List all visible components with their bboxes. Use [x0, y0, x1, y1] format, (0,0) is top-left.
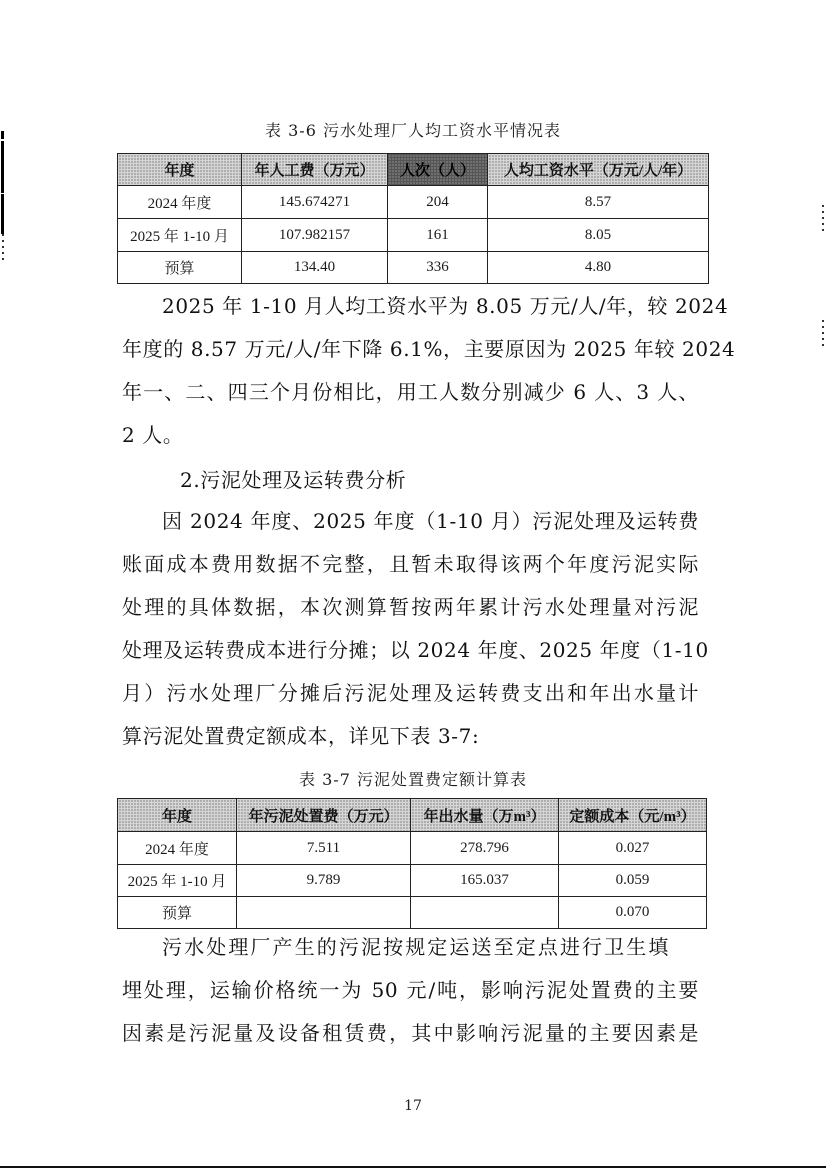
cell-headcount: 336 — [388, 252, 488, 284]
scan-artifact — [1, 141, 4, 193]
document-page: 表 3-6 污水处理厂人均工资水平情况表 年度 年人工费（万元） 人次（人） 人… — [0, 0, 826, 1169]
cell-water-output: 165.037 — [411, 865, 559, 897]
column-header-water-output: 年出水量（万m³） — [411, 799, 559, 832]
cell-labor-cost: 134.40 — [242, 252, 388, 284]
cell-avg-wage: 4.80 — [488, 252, 709, 284]
table-row: 2024 年度 145.674271 204 8.57 — [118, 186, 709, 219]
bottom-rule — [0, 1166, 826, 1168]
table-header-row: 年度 年人工费（万元） 人次（人） 人均工资水平（万元/人/年） — [118, 154, 709, 186]
text-line: 2 人。 — [122, 414, 699, 457]
column-header-year: 年度 — [118, 154, 242, 186]
cell-avg-wage: 8.57 — [488, 186, 709, 219]
cell-headcount: 204 — [388, 186, 488, 219]
table-row: 2024 年度 7.511 278.796 0.027 — [118, 832, 707, 865]
scan-artifact — [1, 194, 4, 234]
text-line: 处理及运转费成本进行分摊；以 2024 年度、2025 年度（1-10 — [122, 629, 699, 672]
text-line: 因 2024 年度、2025 年度（1-10 月）污泥处理及运转费 — [122, 500, 699, 543]
table-3-6: 年度 年人工费（万元） 人次（人） 人均工资水平（万元/人/年） 2024 年度… — [117, 153, 709, 284]
paragraph-sludge-factors: 污水处理厂产生的污泥按规定运送至定点进行卫生填 埋处理，运输价格统一为 50 元… — [122, 926, 699, 1055]
paragraph-sludge-analysis: 因 2024 年度、2025 年度（1-10 月）污泥处理及运转费 账面成本费用… — [122, 500, 699, 758]
text-line: 污水处理厂产生的污泥按规定运送至定点进行卫生填 — [122, 926, 699, 969]
column-header-quota-cost: 定额成本（元/m³） — [559, 799, 707, 832]
text-line: 2025 年 1-10 月人均工资水平为 8.05 万元/人/年，较 2024 — [122, 285, 699, 328]
table-3-6-caption: 表 3-6 污水处理厂人均工资水平情况表 — [0, 121, 826, 141]
cell-avg-wage: 8.05 — [488, 219, 709, 252]
column-header-year: 年度 — [118, 799, 237, 832]
table-3-7: 年度 年污泥处置费（万元） 年出水量（万m³） 定额成本（元/m³） 2024 … — [117, 798, 707, 929]
page-number: 17 — [0, 1098, 826, 1114]
cell-sludge-fee — [237, 897, 411, 929]
column-header-sludge-fee: 年污泥处置费（万元） — [237, 799, 411, 832]
column-header-labor-cost: 年人工费（万元） — [242, 154, 388, 186]
cell-water-output — [411, 897, 559, 929]
section-heading: 2.污泥处理及运转费分析 — [180, 467, 406, 493]
cell-year: 2025 年 1-10 月 — [118, 219, 242, 252]
cell-labor-cost: 107.982157 — [242, 219, 388, 252]
text-line: 年一、二、四三个月份相比，用工人数分别减少 6 人、3 人、 — [122, 371, 699, 414]
cell-year: 2024 年度 — [118, 832, 237, 865]
table-3-7-caption: 表 3-7 污泥处置费定额计算表 — [0, 770, 826, 790]
text-line: 因素是污泥量及设备租赁费，其中影响污泥量的主要因素是 — [122, 1012, 699, 1055]
text-line: 月）污水处理厂分摊后污泥处理及运转费支出和年出水量计 — [122, 672, 699, 715]
table-row: 预算 0.070 — [118, 897, 707, 929]
table-header-row: 年度 年污泥处置费（万元） 年出水量（万m³） 定额成本（元/m³） — [118, 799, 707, 832]
cell-sludge-fee: 9.789 — [237, 865, 411, 897]
column-header-headcount: 人次（人） — [388, 154, 488, 186]
cell-headcount: 161 — [388, 219, 488, 252]
cell-quota-cost: 0.027 — [559, 832, 707, 865]
column-header-avg-wage: 人均工资水平（万元/人/年） — [488, 154, 709, 186]
table-row: 2025 年 1-10 月 9.789 165.037 0.059 — [118, 865, 707, 897]
cell-sludge-fee: 7.511 — [237, 832, 411, 865]
cell-year: 预算 — [118, 897, 237, 929]
text-line: 处理的具体数据，本次测算暂按两年累计污水处理量对污泥 — [122, 586, 699, 629]
text-line: 埋处理，运输价格统一为 50 元/吨，影响污泥处置费的主要 — [122, 969, 699, 1012]
scan-artifact — [2, 234, 4, 262]
text-line: 年度的 8.57 万元/人/年下降 6.1%，主要原因为 2025 年较 202… — [122, 328, 699, 371]
cell-quota-cost: 0.059 — [559, 865, 707, 897]
cell-labor-cost: 145.674271 — [242, 186, 388, 219]
cell-quota-cost: 0.070 — [559, 897, 707, 929]
scan-artifact — [822, 205, 824, 235]
table-row: 预算 134.40 336 4.80 — [118, 252, 709, 284]
cell-water-output: 278.796 — [411, 832, 559, 865]
scan-artifact — [822, 320, 824, 348]
paragraph-wage-analysis: 2025 年 1-10 月人均工资水平为 8.05 万元/人/年，较 2024 … — [122, 285, 699, 457]
cell-year: 2025 年 1-10 月 — [118, 865, 237, 897]
table-row: 2025 年 1-10 月 107.982157 161 8.05 — [118, 219, 709, 252]
cell-year: 预算 — [118, 252, 242, 284]
text-line: 算污泥处置费定额成本，详见下表 3-7: — [122, 715, 699, 758]
text-line: 账面成本费用数据不完整，且暂未取得该两个年度污泥实际 — [122, 543, 699, 586]
cell-year: 2024 年度 — [118, 186, 242, 219]
